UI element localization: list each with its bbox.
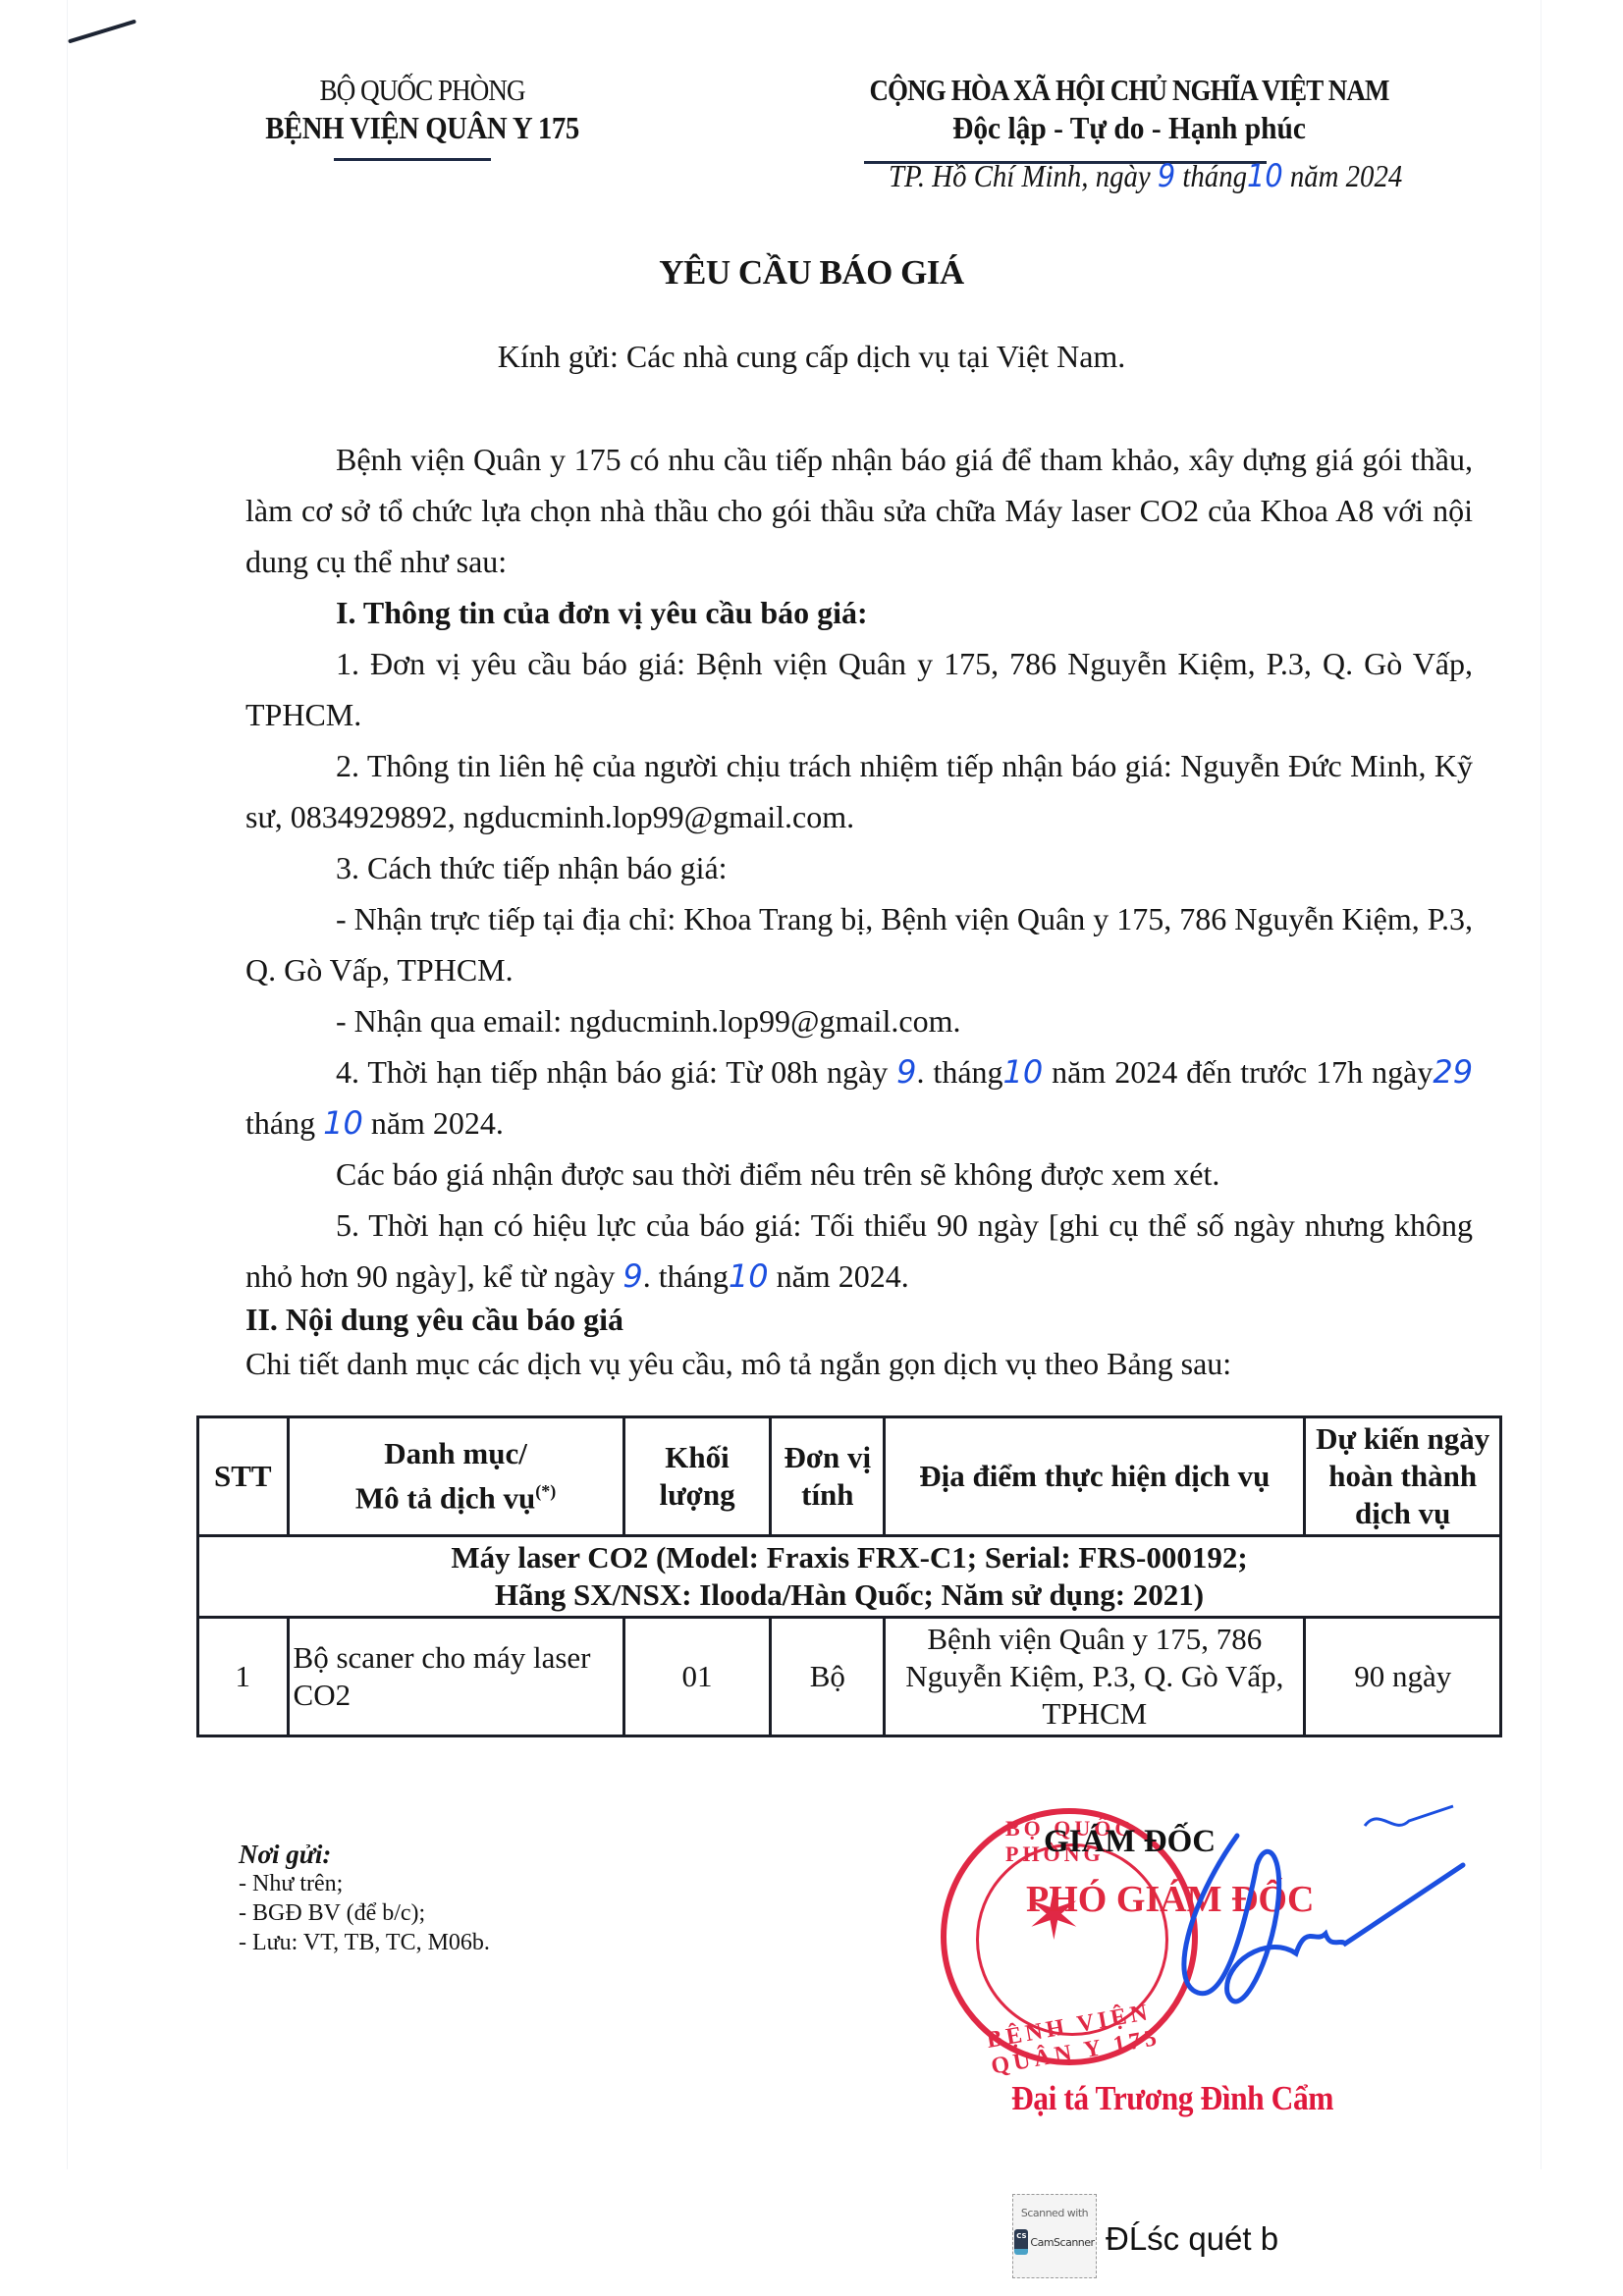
issuer-header: BỘ QUỐC PHÒNG BỆNH VIỆN QUÂN Y 175 bbox=[196, 73, 648, 146]
section-1-item-2: 2. Thông tin liên hệ của người chịu trác… bbox=[245, 740, 1473, 842]
republic-name: CỘNG HÒA XÃ HỘI CHỦ NGHĨA VIỆT NAM bbox=[822, 73, 1436, 108]
cell-location: Bệnh viện Quân y 175, 786 Nguyễn Kiệm, P… bbox=[885, 1618, 1305, 1736]
cell-description: Bộ scaner cho máy laser CO2 bbox=[288, 1618, 623, 1736]
table-group-row: Máy laser CO2 (Model: Fraxis FRX-C1; Ser… bbox=[198, 1536, 1501, 1618]
recipients-heading: Nơi gửi: bbox=[239, 1840, 490, 1869]
table-row: 1 Bộ scaner cho máy laser CO2 01 Bộ Bệnh… bbox=[198, 1618, 1501, 1736]
handwritten-day: 9 bbox=[1158, 157, 1175, 194]
section-1-item-4: 4. Thời hạn tiếp nhận báo giá: Từ 08h ng… bbox=[245, 1046, 1473, 1148]
recipient-item: - Lưu: VT, TB, TC, M06b. bbox=[239, 1928, 490, 1957]
section-1-heading: I. Thông tin của đơn vị yêu cầu báo giá: bbox=[245, 587, 1473, 638]
cell-stt: 1 bbox=[198, 1618, 289, 1736]
hospital-name: BỆNH VIỆN QUÂN Y 175 bbox=[219, 110, 625, 146]
section-1-item-3: 3. Cách thức tiếp nhận báo giá: bbox=[245, 842, 1473, 893]
recipients-block: Nơi gửi: - Như trên; - BGĐ BV (để b/c); … bbox=[239, 1840, 490, 1957]
handwritten-signature-icon bbox=[1129, 1796, 1473, 2022]
handwritten-day-to: 29 bbox=[1433, 1053, 1473, 1091]
handwritten-validity-day: 9 bbox=[622, 1257, 642, 1295]
cell-quantity: 01 bbox=[623, 1618, 771, 1736]
col-stt: STT bbox=[198, 1417, 289, 1536]
cell-unit: Bộ bbox=[771, 1618, 885, 1736]
handwritten-month: 10 bbox=[1247, 157, 1283, 194]
handwritten-day-from: 9 bbox=[896, 1053, 916, 1091]
header-underline bbox=[334, 158, 491, 161]
col-completion-days: Dự kiến ngàyhoàn thànhdịch vụ bbox=[1305, 1417, 1501, 1536]
col-quantity: Khốilượng bbox=[623, 1417, 771, 1536]
handwritten-validity-month: 10 bbox=[729, 1257, 769, 1295]
signer-name: Đại tá Trương Đình Cẩm bbox=[1011, 2079, 1333, 2118]
cell-completion-days: 90 ngày bbox=[1305, 1618, 1501, 1736]
document-body: Bệnh viện Quân y 175 có nhu cầu tiếp nhậ… bbox=[245, 434, 1473, 1386]
section-1-item-3b: - Nhận qua email: ngducminh.lop99@gmail.… bbox=[245, 995, 1473, 1046]
col-location: Địa điểm thực hiện dịch vụ bbox=[885, 1417, 1305, 1536]
recipient-item: - BGĐ BV (để b/c); bbox=[239, 1898, 490, 1928]
col-unit: Đơn vịtính bbox=[771, 1417, 885, 1536]
section-1-item-1: 1. Đơn vị yêu cầu báo giá: Bệnh viện Quâ… bbox=[245, 638, 1473, 740]
handwritten-month-from: 10 bbox=[1003, 1053, 1044, 1091]
section-2-lead: Chi tiết danh mục các dịch vụ yêu cầu, m… bbox=[245, 1341, 1473, 1386]
document-title: YÊU CẦU BÁO GIÁ bbox=[0, 253, 1623, 293]
section-2-heading: II. Nội dung yêu cầu báo giá bbox=[245, 1298, 1473, 1341]
section-1-note: Các báo giá nhận được sau thời điểm nêu … bbox=[245, 1148, 1473, 1200]
section-1-item-5: 5. Thời hạn có hiệu lực của báo giá: Tối… bbox=[245, 1200, 1473, 1302]
scanner-caption: ĐĹśc quét b bbox=[1106, 2220, 1278, 2258]
ministry-name: BỘ QUỐC PHÒNG bbox=[224, 73, 622, 108]
col-description: Danh mục/Mô tả dịch vụ(*) bbox=[288, 1417, 623, 1536]
national-header: CỘNG HÒA XÃ HỘI CHỦ NGHĨA VIỆT NAM Độc l… bbox=[776, 73, 1483, 146]
equipment-info: Máy laser CO2 (Model: Fraxis FRX-C1; Ser… bbox=[198, 1536, 1501, 1618]
intro-paragraph: Bệnh viện Quân y 175 có nhu cầu tiếp nhậ… bbox=[245, 434, 1473, 587]
recipient-item: - Như trên; bbox=[239, 1869, 490, 1898]
service-table: STT Danh mục/Mô tả dịch vụ(*) Khốilượng … bbox=[196, 1415, 1502, 1737]
motto: Độc lập - Tự do - Hạnh phúc bbox=[804, 110, 1454, 146]
document-date: TP. Hồ Chí Minh, ngày 9 tháng10 năm 2024 bbox=[889, 157, 1402, 194]
camscanner-logo-icon: CS bbox=[1014, 2229, 1028, 2255]
table-header-row: STT Danh mục/Mô tả dịch vụ(*) Khốilượng … bbox=[198, 1417, 1501, 1536]
handwritten-month-to: 10 bbox=[323, 1104, 363, 1142]
greeting: Kính gửi: Các nhà cung cấp dịch vụ tại V… bbox=[0, 339, 1623, 375]
camscanner-badge: Scanned with CS CamScanner bbox=[1012, 2194, 1097, 2278]
section-1-item-3a: - Nhận trực tiếp tại địa chỉ: Khoa Trang… bbox=[245, 893, 1473, 995]
